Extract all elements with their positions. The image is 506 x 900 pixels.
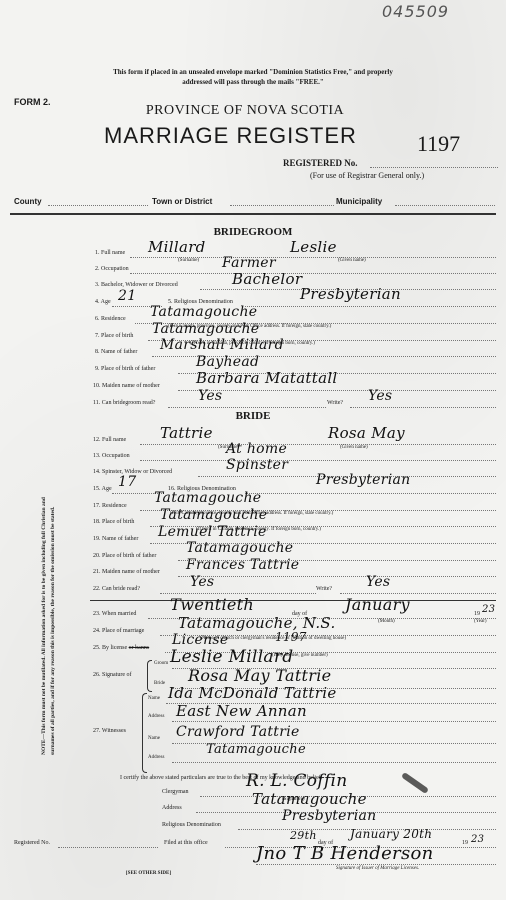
witness2-address-line	[172, 762, 496, 763]
license-label-text: 25. By license	[93, 645, 127, 651]
bride-given-caption: (Given name)	[340, 445, 368, 450]
bride-status: Spinster	[226, 457, 288, 473]
clergy-religion: Presbyterian	[282, 808, 377, 824]
bride-write-line	[340, 593, 496, 594]
filed-label: Filed at this office	[164, 840, 208, 846]
groom-father-label: 8. Name of father	[95, 349, 137, 355]
municipality-label: Municipality	[336, 197, 382, 206]
groom-write: Yes	[368, 388, 392, 404]
groom-mother: Barbara Matattall	[196, 369, 338, 387]
province-heading: PROVINCE OF NOVA SCOTIA	[0, 103, 490, 119]
groom-occupation-label: 2. Occupation	[95, 266, 129, 272]
groom-occupation-line	[130, 273, 496, 274]
married-day: Twentieth	[170, 595, 254, 614]
witnesses-brace	[142, 693, 147, 773]
groom-birthplace-label: 7. Place of birth	[95, 333, 133, 339]
witness1-address: East New Annan	[176, 702, 307, 720]
bride-signature-label: Bride	[154, 681, 165, 686]
bride-fullname-label: 12. Full name	[93, 437, 126, 443]
bride-religion: Presbyterian	[316, 472, 411, 488]
witness2-address-label: Address	[148, 755, 164, 760]
surname-caption: (Surname)	[178, 258, 199, 263]
marriage-register-document: 045509 This form if placed in an unseale…	[0, 0, 506, 900]
witness1-name: Ida McDonald Tattrie	[168, 684, 337, 702]
bride-read-line	[160, 593, 316, 594]
postal-notice-line1: This form if placed in an unsealed envel…	[0, 67, 506, 77]
married-month: January	[345, 595, 410, 614]
bride-residence: Tatamagouche	[154, 490, 261, 506]
groom-surname: Millard	[148, 238, 206, 256]
groom-religion: Presbyterian	[300, 285, 401, 303]
registered-no-line	[370, 167, 498, 168]
postal-notice: This form if placed in an unsealed envel…	[0, 67, 506, 87]
groom-father-birthplace: Bayhead	[196, 354, 259, 370]
header-divider	[10, 213, 496, 215]
groom-age: 21	[118, 288, 136, 304]
witness2-name: Crawford Tattrie	[176, 724, 300, 740]
see-other-side: [SEE OTHER SIDE]	[126, 871, 171, 876]
municipality-line	[395, 205, 495, 206]
issuer-signature: Jno T B Henderson	[256, 843, 434, 864]
groom-fullname-label: 1. Full name	[95, 250, 125, 256]
license-label: 25. By license or banns	[93, 645, 149, 651]
groom-birthplace: Tatamagouche	[152, 321, 259, 337]
witness2-name-label: Name	[148, 736, 160, 741]
registered-line	[58, 847, 158, 848]
bride-given-name: Rosa May	[328, 424, 405, 442]
witness1-address-label: Address	[148, 714, 164, 719]
groom-write-label: Write?	[327, 400, 343, 406]
bride-mother-label: 21. Maiden name of mother	[93, 569, 160, 575]
bride-surname: Tattrie	[160, 424, 213, 442]
page-title: MARRIAGE REGISTER	[104, 123, 357, 149]
ink-smudge	[401, 772, 429, 794]
bride-father: Lemuel Tattrie	[158, 524, 267, 540]
register-number: 1197	[417, 131, 460, 157]
license-type: License	[172, 632, 229, 648]
clergyman-signature: R. L. Coffin	[246, 771, 348, 791]
groom-read-label: 11. Can bridegroom read?	[93, 400, 155, 406]
filed-year: 23	[471, 834, 484, 845]
bride-birthplace: Tatamagouche	[160, 507, 267, 523]
year-prefix: 19	[474, 611, 480, 617]
witness2-address: Tatamagouche	[206, 742, 306, 757]
signature-brace	[147, 660, 152, 692]
bride-mother: Frances Tattrie	[186, 557, 299, 573]
when-married-label: 23. When married	[93, 611, 136, 617]
clergy-address: Tatamagouche	[252, 790, 367, 808]
bride-write-label: Write?	[316, 586, 332, 592]
witness1-name-label: Name	[148, 696, 160, 701]
bride-read-label: 22. Can bride read?	[93, 586, 140, 592]
groom-read: Yes	[198, 388, 222, 404]
groom-mother-label: 10. Maiden name of mother	[93, 383, 160, 389]
bride-read: Yes	[190, 574, 214, 590]
bride-mother-line	[178, 576, 496, 577]
bride-father-label: 19. Name of father	[93, 536, 138, 542]
bride-heading: BRIDE	[0, 410, 506, 422]
groom-father-birthplace-label: 9. Place of birth of father	[95, 366, 155, 372]
banns-struck: or banns	[129, 645, 150, 651]
witness1-address-line	[172, 721, 496, 722]
bride-father-birthplace-label: 20. Place of birth of father	[93, 553, 156, 559]
bride-residence-label: 17. Residence	[93, 503, 127, 509]
groom-signature-label: Groom	[154, 661, 168, 666]
year-caption: (Year)	[474, 619, 487, 624]
groom-mother-line	[178, 390, 496, 391]
groom-status: Bachelor	[232, 270, 302, 288]
side-note-line1: NOTE—This form must not be mutilated. Al…	[40, 295, 49, 755]
registered-label: Registered No.	[14, 840, 50, 846]
bride-father-birthplace: Tatamagouche	[186, 540, 293, 556]
clergy-address-label: Address	[162, 805, 182, 811]
groom-write-line	[350, 407, 496, 408]
marriage-place-label: 24. Place of marriage	[93, 628, 144, 634]
groom-residence-label: 6. Residence	[95, 316, 126, 322]
clergyman-label: Clergyman	[162, 789, 189, 795]
bride-divider	[90, 600, 496, 601]
filed-year-prefix: 19	[462, 840, 468, 846]
bride-signature: Rosa May Tattrie	[188, 666, 331, 685]
license-number: 1197	[275, 630, 307, 644]
town-line	[230, 205, 334, 206]
side-note: NOTE—This form must not be mutilated. Al…	[40, 295, 58, 755]
month-caption: (Month)	[378, 619, 395, 624]
groom-occupation: Farmer	[222, 255, 276, 271]
witnesses-label: 27. Witnesses	[93, 728, 126, 734]
archive-number: 045509	[382, 2, 449, 21]
bride-occupation-line	[140, 460, 496, 461]
groom-father: Marshall Millard	[160, 337, 284, 353]
filed-day: 29th	[290, 829, 317, 842]
bride-fullname-line	[140, 444, 496, 445]
issuer-caption: Signature of Issuer of Marriage Licenses…	[336, 866, 419, 871]
side-note-line2: surnames of all parties, and if for any …	[49, 295, 58, 755]
given-name-caption: (Given name)	[338, 258, 366, 263]
groom-signature: Leslie Millard	[170, 647, 293, 667]
filed-month: January 20th	[350, 827, 432, 841]
issuer-line	[256, 864, 496, 865]
postal-notice-line2: addressed will pass through the mails "F…	[0, 77, 506, 87]
bride-religion-line	[245, 493, 496, 494]
groom-age-label: 4. Age	[95, 299, 111, 305]
marriage-place: Tatamagouche, N.S.	[178, 614, 336, 632]
bride-age: 17	[118, 474, 136, 490]
registered-no-note: (For use of Registrar General only.)	[310, 171, 424, 180]
county-label: County	[14, 197, 42, 206]
bride-occupation-label: 13. Occupation	[93, 453, 130, 459]
town-label: Town or District	[152, 197, 212, 206]
county-line	[48, 205, 148, 206]
bride-birthplace-label: 18. Place of birth	[93, 519, 134, 525]
groom-read-line	[168, 407, 326, 408]
married-year: 23	[482, 604, 495, 615]
bride-occupation: At home	[226, 441, 287, 457]
groom-residence: Tatamagouche	[150, 304, 257, 320]
signature-label: 26. Signature of	[93, 672, 132, 678]
clergy-religion-label: Religious Denomination	[162, 822, 221, 828]
bridegroom-heading: BRIDEGROOM	[0, 226, 506, 238]
bride-write: Yes	[366, 574, 390, 590]
groom-religion-line	[245, 306, 496, 307]
bride-age-label: 15. Age	[93, 486, 112, 492]
registered-no-label: REGISTERED No.	[283, 158, 358, 168]
groom-given-name: Leslie	[290, 238, 337, 256]
